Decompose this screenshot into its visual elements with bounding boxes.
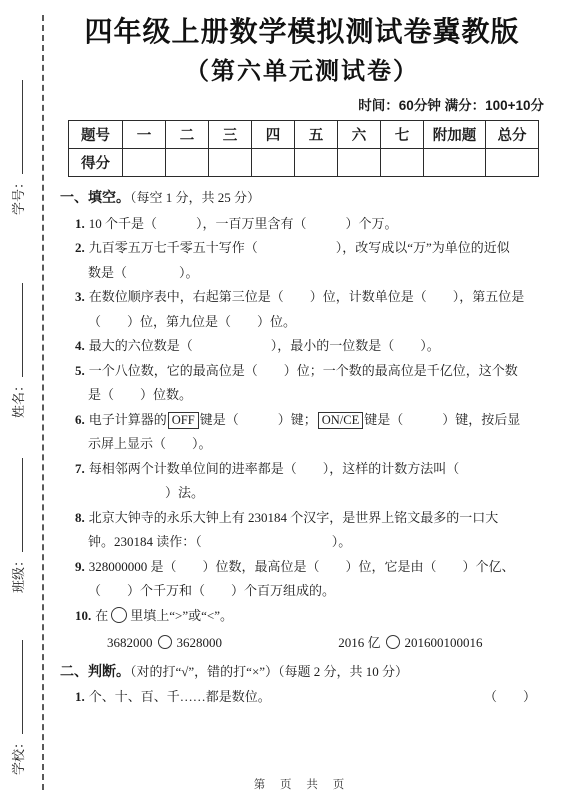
question-8-text: 北京大钟寺的永乐大钟上有 230184 个汉字，是世界上铭文最多的一口大: [89, 510, 499, 525]
student-field-name: 姓名：: [8, 268, 28, 418]
question-2-text: 九百零五万七千零五十写作（ ），改写成以“万”为单位的近似: [89, 240, 510, 255]
test-paper-page: 学校： 班级： 姓名： 学号： 四年级上册数学模拟测试卷冀教版 （第六单元测试卷…: [0, 0, 565, 800]
student-field-studentno: 学号：: [8, 65, 28, 215]
judge-question-1-body: 1.个、十、百、千……都是数位。: [75, 685, 271, 710]
question-2-line-2: 数是（ ）。: [60, 261, 544, 286]
seal-dashed-line: [42, 15, 44, 790]
score-cell-7: 七: [381, 121, 424, 149]
score-cell-bonus: 附加题: [424, 121, 486, 149]
score-cell-1: 一: [123, 121, 166, 149]
field-blank-studentno: [10, 80, 23, 174]
score-cell-2: 二: [166, 121, 209, 149]
comparison-2-right: 201600100016: [405, 635, 483, 650]
field-blank-class: [10, 458, 23, 552]
score-empty-cell: [486, 149, 539, 177]
question-3-number: 3.: [75, 289, 85, 304]
score-row-label: 得分: [69, 149, 123, 177]
field-blank-school: [10, 640, 23, 734]
section2-heading-title: 二、判断。: [60, 665, 130, 680]
question-10-comparisons: 36820003628000 2016 亿201600100016: [60, 631, 544, 656]
question-2-line-1: 2.九百零五万七千零五十写作（ ），改写成以“万”为单位的近似: [60, 236, 544, 261]
score-table-header-row: 题号 一 二 三 四 五 六 七 附加题 总分: [69, 121, 539, 149]
question-5-line-2: 是（ ）位数。: [60, 383, 544, 408]
judge-question-1-answer-blank: （ ）: [484, 685, 536, 710]
score-empty-cell: [252, 149, 295, 177]
page-title: 四年级上册数学模拟测试卷冀教版: [60, 14, 544, 50]
score-empty-cell: [123, 149, 166, 177]
comparison-1-left: 3682000: [107, 635, 153, 650]
compare-circle-icon: [111, 607, 127, 623]
question-4-number: 4.: [75, 338, 85, 353]
field-label-studentno: 学号：: [11, 176, 26, 215]
question-6-text-c: 键是（ ）键，按后显: [364, 412, 520, 427]
comparison-pair-1: 36820003628000: [107, 635, 222, 650]
question-3-text: 在数位顺序表中，右起第三位是（ ）位，计数单位是（ ），第五位是: [89, 289, 525, 304]
section1-heading: 一、填空。（每空 1 分，共 25 分）: [60, 186, 544, 212]
question-9-line-2: （ ）个千万和（ ）个百万组成的。: [60, 579, 544, 604]
field-label-name: 姓名：: [11, 379, 26, 418]
compare-circle-icon: [386, 635, 400, 649]
score-empty-cell: [424, 149, 486, 177]
question-2-number: 2.: [75, 240, 85, 255]
question-6-text-a: 电子计算器的: [89, 412, 167, 427]
question-6-line-1: 6.电子计算器的OFF键是（ ）键；ON/CE键是（ ）键，按后显: [60, 408, 544, 433]
score-empty-cell: [166, 149, 209, 177]
score-empty-cell: [209, 149, 252, 177]
score-cell-3: 三: [209, 121, 252, 149]
calculator-once-key: ON/CE: [318, 412, 364, 429]
score-empty-cell: [295, 149, 338, 177]
page-footer: 第 页 共 页: [60, 776, 544, 792]
section2-heading: 二、判断。（对的打“√”，错的打“×”）（每题 2 分，共 10 分）: [60, 660, 544, 686]
question-7-line-2: ）法。: [60, 481, 544, 506]
question-1-number: 1.: [75, 216, 85, 231]
field-blank-name: [10, 283, 23, 377]
paper-content: 四年级上册数学模拟测试卷冀教版 （第六单元测试卷） 时间：60分钟 满分：100…: [60, 14, 544, 710]
score-cell-total: 总分: [486, 121, 539, 149]
question-8-line-1: 8.北京大钟寺的永乐大钟上有 230184 个汉字，是世界上铭文最多的一口大: [60, 506, 544, 531]
question-4-text: 最大的六位数是（ ），最小的一位数是（ ）。: [89, 338, 440, 353]
score-empty-cell: [338, 149, 381, 177]
question-3-line-2: （ ）位，第九位是（ ）位。: [60, 310, 544, 335]
question-6-line-2: 示屏上显示（ ）。: [60, 432, 544, 457]
question-7-number: 7.: [75, 461, 85, 476]
compare-circle-icon: [158, 635, 172, 649]
question-5-line-1: 5.一个八位数，它的最高位是（ ）位；一个数的最高位是千亿位，这个数: [60, 359, 544, 384]
question-10-text-a: 在: [95, 608, 108, 623]
question-6-text-b: 键是（ ）键；: [200, 412, 317, 427]
student-field-class: 班级：: [8, 443, 28, 593]
exam-time-score-info: 时间：60分钟 满分：100+10分: [60, 97, 544, 115]
judge-question-1-text: 个、十、百、千……都是数位。: [89, 689, 271, 704]
questions-body: 一、填空。（每空 1 分，共 25 分） 1.10 个千是（ ），一百万里含有（…: [60, 186, 544, 710]
question-6-number: 6.: [75, 412, 85, 427]
question-9-number: 9.: [75, 559, 85, 574]
field-label-class: 班级：: [11, 554, 26, 593]
judge-question-1-number: 1.: [75, 689, 85, 704]
score-cell-label: 题号: [69, 121, 123, 149]
comparison-1-right: 3628000: [177, 635, 223, 650]
score-cell-5: 五: [295, 121, 338, 149]
question-10-text-b: 里填上“>”或“<”。: [130, 608, 233, 623]
field-label-school: 学校：: [11, 736, 26, 775]
question-10-line-1: 10.在里填上“>”或“<”。: [60, 604, 544, 629]
question-5-text: 一个八位数，它的最高位是（ ）位；一个数的最高位是千亿位，这个数: [89, 363, 518, 378]
question-9-text: 328000000 是（ ）位数，最高位是（ ）位，它是由（ ）个亿、: [89, 559, 515, 574]
comparison-2-left: 2016 亿: [338, 635, 380, 650]
score-cell-4: 四: [252, 121, 295, 149]
page-subtitle: （第六单元测试卷）: [60, 56, 544, 88]
score-table-score-row: 得分: [69, 149, 539, 177]
question-9-line-1: 9.328000000 是（ ）位数，最高位是（ ）位，它是由（ ）个亿、: [60, 555, 544, 580]
comparison-pair-2: 2016 亿201600100016: [338, 635, 482, 650]
section1-heading-title: 一、填空。: [60, 191, 130, 206]
question-3-line-1: 3.在数位顺序表中，右起第三位是（ ）位，计数单位是（ ），第五位是: [60, 285, 544, 310]
question-8-line-2: 钟。230184 读作：（ ）。: [60, 530, 544, 555]
section1-heading-note: （每空 1 分，共 25 分）: [130, 190, 260, 205]
question-7-text: 每相邻两个计数单位间的进率都是（ ），这样的计数方法叫（: [89, 461, 460, 476]
question-4-line-1: 4.最大的六位数是（ ），最小的一位数是（ ）。: [60, 334, 544, 359]
student-field-school: 学校：: [8, 625, 28, 775]
question-10-number: 10.: [75, 608, 91, 623]
question-7-line-1: 7.每相邻两个计数单位间的进率都是（ ），这样的计数方法叫（: [60, 457, 544, 482]
question-8-number: 8.: [75, 510, 85, 525]
section2-heading-note: （对的打“√”，错的打“×”）（每题 2 分，共 10 分）: [130, 664, 408, 679]
calculator-off-key: OFF: [168, 412, 199, 429]
score-table: 题号 一 二 三 四 五 六 七 附加题 总分 得分: [68, 120, 539, 177]
score-empty-cell: [381, 149, 424, 177]
question-5-number: 5.: [75, 363, 85, 378]
question-1-text: 10 个千是（ ），一百万里含有（ ）个万。: [89, 216, 398, 231]
score-cell-6: 六: [338, 121, 381, 149]
question-1-line-1: 1.10 个千是（ ），一百万里含有（ ）个万。: [60, 212, 544, 237]
judge-question-1: 1.个、十、百、千……都是数位。 （ ）: [60, 685, 544, 710]
